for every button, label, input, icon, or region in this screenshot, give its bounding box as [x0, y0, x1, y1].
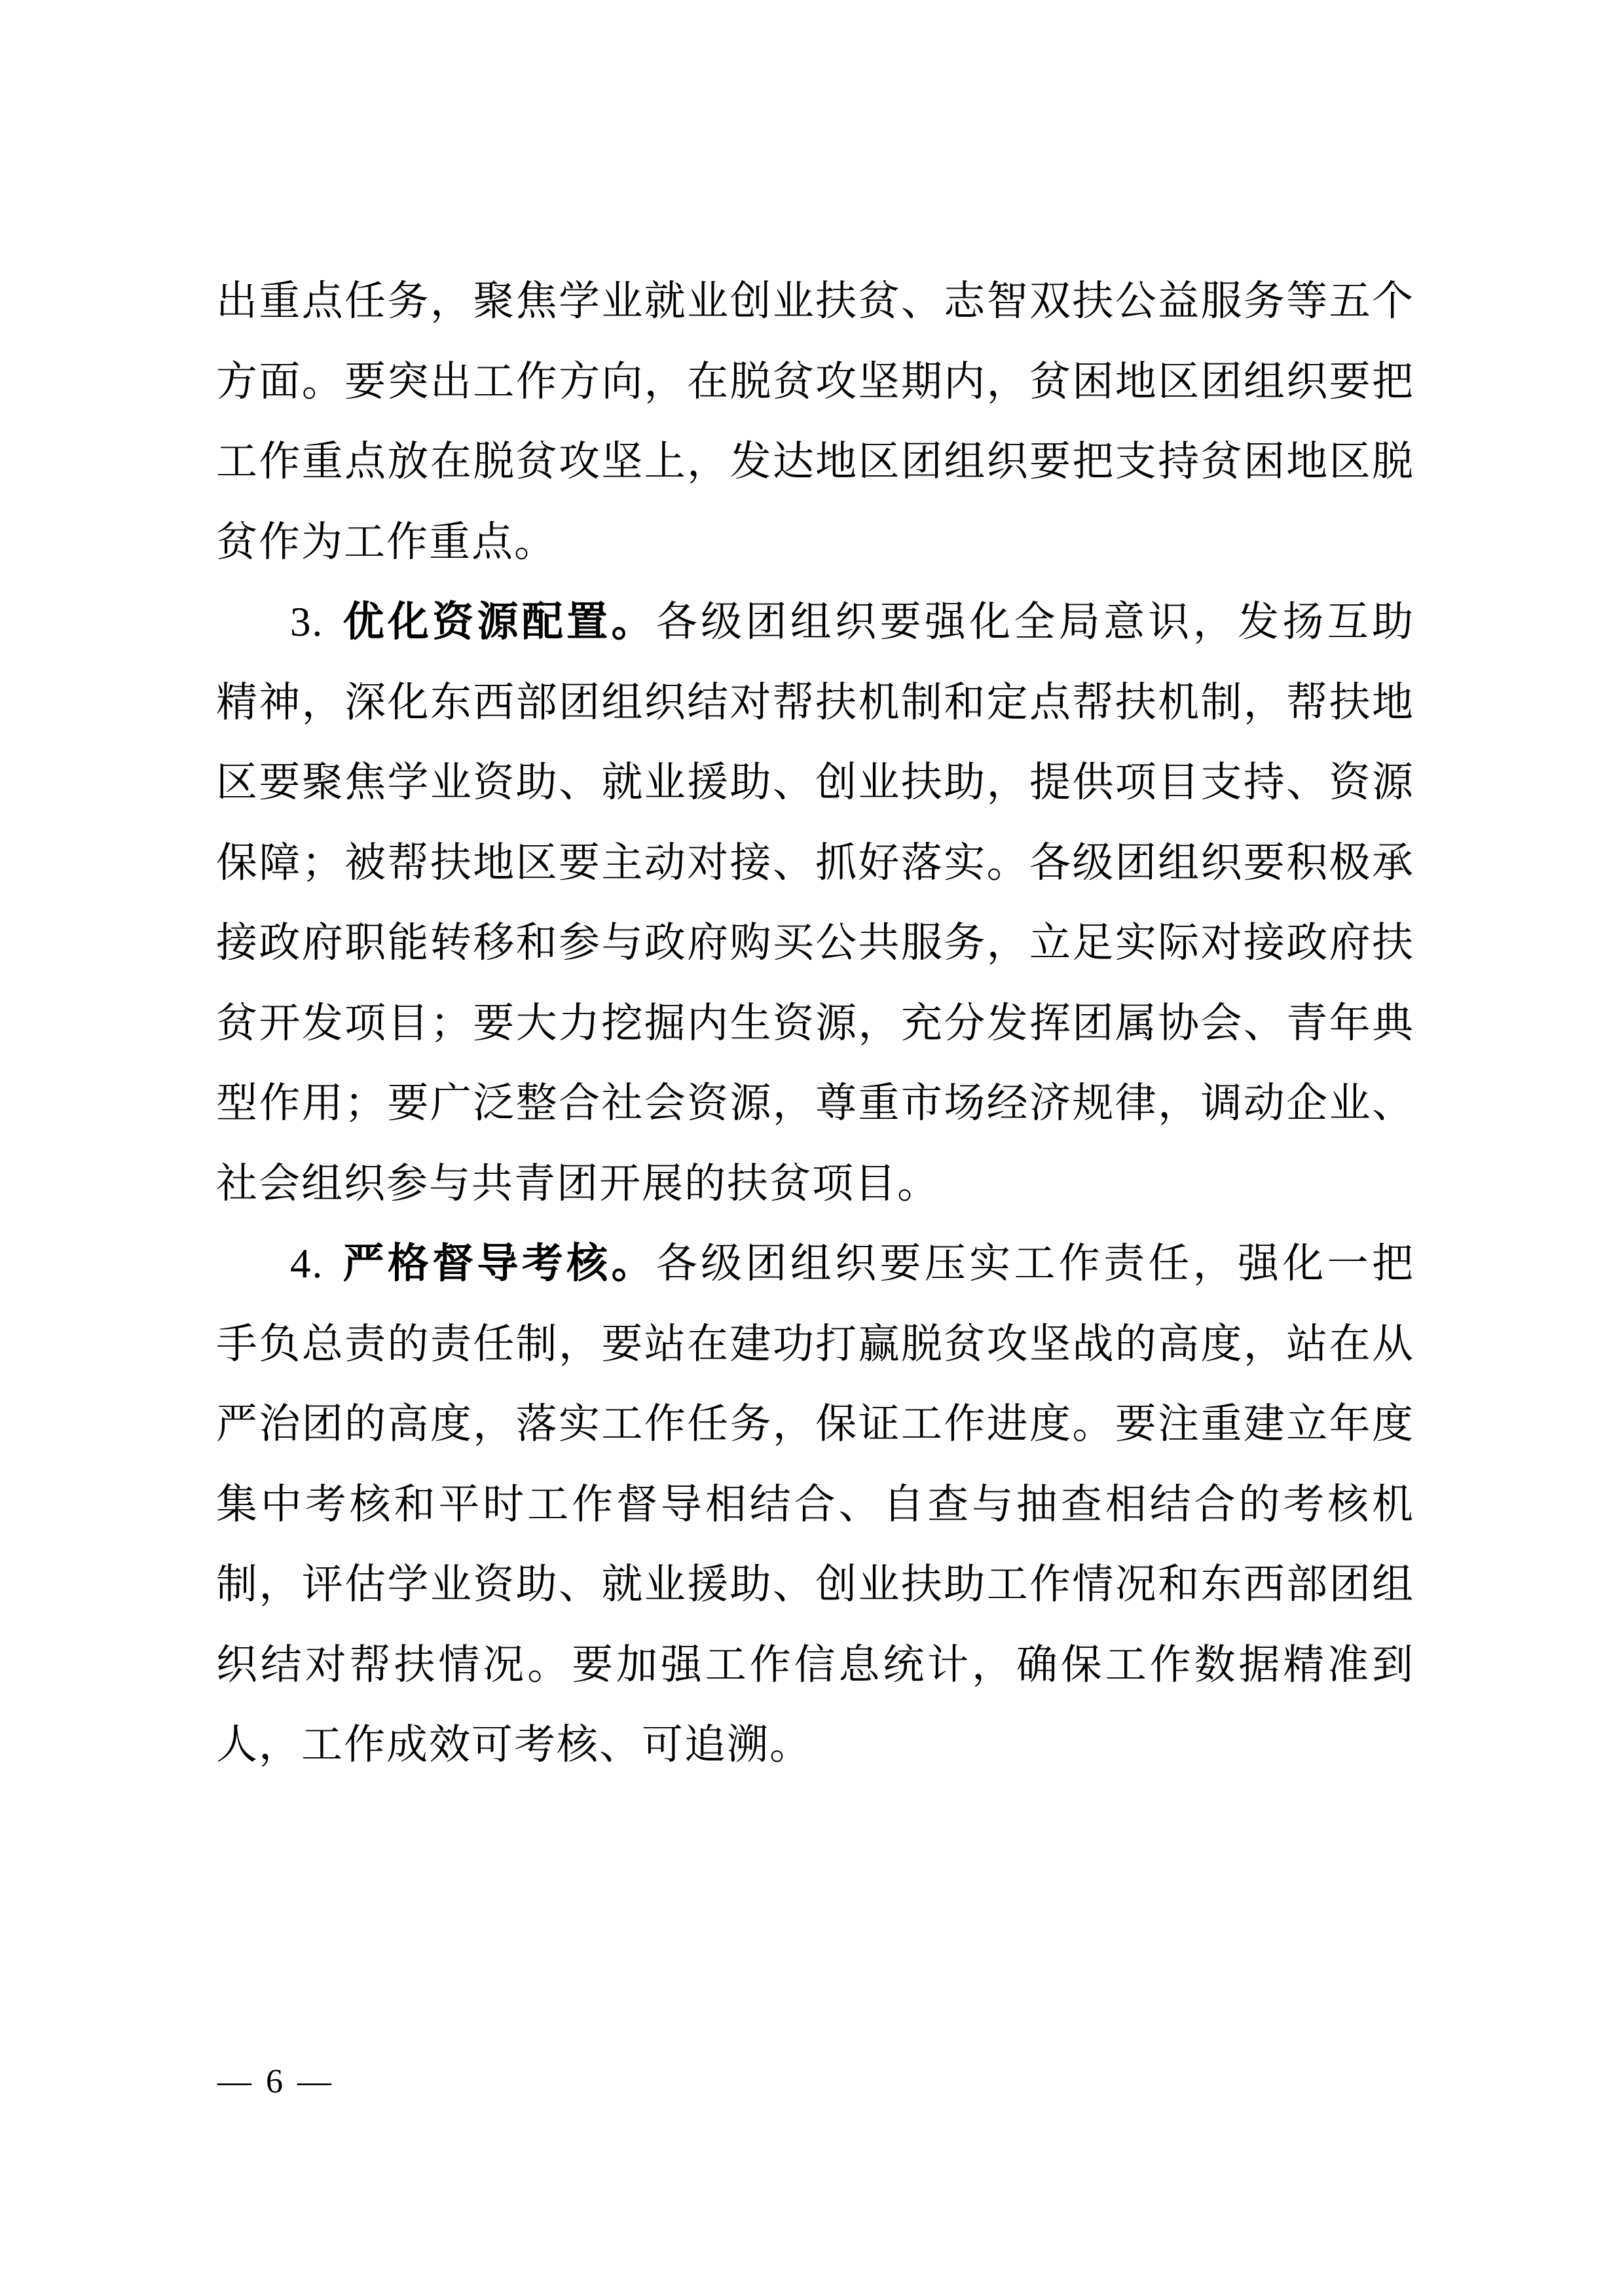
text-line: 工作重点放在脱贫攻坚上，发达地区团组织要把支持贫困地区脱	[216, 422, 1414, 502]
footer-left-dash: —	[217, 2063, 251, 2100]
footer-right-dash: —	[297, 2063, 331, 2100]
section-3-heading: 优化资源配置。	[341, 599, 656, 645]
text-line: 区要聚焦学业资助、就业援助、创业扶助，提供项目支持、资源	[216, 742, 1414, 823]
text-line: 制，评估学业资助、就业援助、创业扶助工作情况和东西部团组	[216, 1544, 1414, 1625]
text-line: 织结对帮扶情况。要加强工作信息统计，确保工作数据精准到	[216, 1625, 1414, 1705]
section-4-number: 4.	[290, 1241, 323, 1286]
page-number: 6	[266, 2063, 283, 2100]
text-line: 人，工作成效可考核、可追溯。	[216, 1705, 1414, 1785]
text-line: 贫作为工作重点。	[216, 502, 1414, 583]
text-line: 贫开发项目；要大力挖掘内生资源，充分发挥团属协会、青年典	[216, 983, 1414, 1064]
section-4-heading: 严格督导考核。	[341, 1241, 656, 1286]
section-3-heading-line: 3.优化资源配置。各级团组织要强化全局意识，发扬互助	[216, 582, 1414, 663]
text-line: 型作用；要广泛整合社会资源，尊重市场经济规律，调动企业、	[216, 1063, 1414, 1144]
document-body: 出重点任务，聚焦学业就业创业扶贫、志智双扶公益服务等五个 方面。要突出工作方向，…	[216, 261, 1414, 1785]
text-line: 接政府职能转移和参与政府购买公共服务，立足实际对接政府扶	[216, 903, 1414, 983]
page-footer: —6—	[217, 2064, 331, 2100]
section-3-lead-text: 各级团组织要强化全局意识，发扬互助	[656, 599, 1414, 645]
text-line: 严治团的高度，落实工作任务，保证工作进度。要注重建立年度	[216, 1384, 1414, 1465]
section-3-number: 3.	[290, 599, 323, 645]
text-line: 保障；被帮扶地区要主动对接、抓好落实。各级团组织要积极承	[216, 823, 1414, 903]
text-line: 社会组织参与共青团开展的扶贫项目。	[216, 1144, 1414, 1224]
text-line: 精神，深化东西部团组织结对帮扶机制和定点帮扶机制，帮扶地	[216, 663, 1414, 743]
text-line: 手负总责的责任制，要站在建功打赢脱贫攻坚战的高度，站在从	[216, 1304, 1414, 1385]
text-line: 集中考核和平时工作督导相结合、自查与抽查相结合的考核机	[216, 1465, 1414, 1545]
text-line: 出重点任务，聚焦学业就业创业扶贫、志智双扶公益服务等五个	[216, 261, 1414, 342]
section-4-lead-text: 各级团组织要压实工作责任，强化一把	[656, 1241, 1414, 1286]
section-4-heading-line: 4.严格督导考核。各级团组织要压实工作责任，强化一把	[216, 1224, 1414, 1304]
text-line: 方面。要突出工作方向，在脱贫攻坚期内，贫困地区团组织要把	[216, 342, 1414, 422]
